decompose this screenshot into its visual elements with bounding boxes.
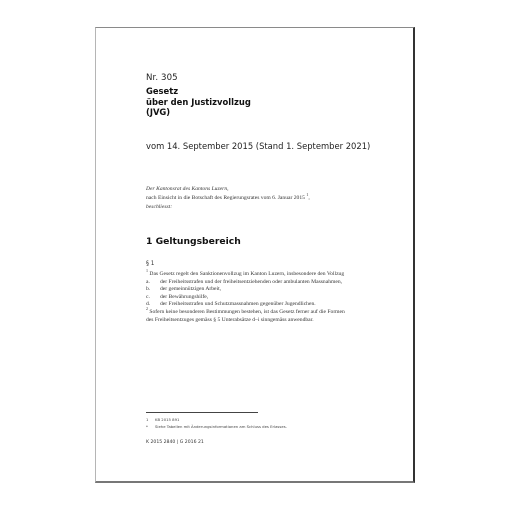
footnote-divider bbox=[146, 412, 258, 413]
subsection-1: 1 Das Gesetz regelt den Sanktionenvollzu… bbox=[146, 271, 345, 279]
list-label: a. bbox=[146, 279, 160, 287]
subsection-text: Das Gesetz regelt den Sanktionenvollzug … bbox=[148, 271, 344, 277]
list-text: der Freiheitsstrafen und der freiheitsen… bbox=[160, 279, 342, 287]
preamble-authority: Der Kantonsrat des Kantons Luzern, bbox=[146, 185, 310, 194]
preamble-reference: nach Einsicht in die Botschaft des Regie… bbox=[146, 194, 310, 203]
list-item: b.der gemeinnützigen Arbeit, bbox=[146, 286, 345, 294]
footnote-text: Siehe Tabellen mit Änderungsinformatione… bbox=[155, 424, 287, 429]
list-label: c. bbox=[146, 294, 160, 302]
list-label: d. bbox=[146, 301, 160, 309]
footnote-number: * bbox=[146, 424, 155, 431]
footnote-text: KB 2015 891 bbox=[155, 417, 179, 422]
list-text: der Freiheitsstrafen und Schutzmassnahme… bbox=[160, 301, 316, 309]
subsection-text: Sofern keine besonderen Bestimmungen bes… bbox=[148, 309, 345, 315]
publication-reference: K 2015 2840 | G 2016 21 bbox=[146, 440, 204, 445]
date-line: vom 14. September 2015 (Stand 1. Septemb… bbox=[146, 141, 370, 151]
chapter-heading: 1 Geltungsbereich bbox=[146, 236, 241, 247]
title-line: über den Justizvollzug bbox=[146, 97, 251, 108]
preamble: Der Kantonsrat des Kantons Luzern, nach … bbox=[146, 185, 310, 211]
footnote-number: 1 bbox=[146, 417, 155, 424]
law-title: Gesetz über den Justizvollzug (JVG) bbox=[146, 86, 251, 118]
subsection-2: 2 Sofern keine besonderen Bestimmungen b… bbox=[146, 309, 345, 317]
law-number: Nr. 305 bbox=[146, 73, 178, 83]
preamble-text: nach Einsicht in die Botschaft des Regie… bbox=[146, 195, 305, 201]
title-line: (JVG) bbox=[146, 107, 251, 118]
section-body: 1 Das Gesetz regelt den Sanktionenvollzu… bbox=[146, 271, 345, 324]
document-page: Nr. 305 Gesetz über den Justizvollzug (J… bbox=[95, 27, 415, 483]
list-item: d.der Freiheitsstrafen und Schutzmassnah… bbox=[146, 301, 345, 309]
list-item: a.der Freiheitsstrafen und der freiheits… bbox=[146, 279, 345, 287]
subsection-2-cont: des Freiheitsentzuges gemäss § 5 Unterab… bbox=[146, 317, 345, 325]
list-label: b. bbox=[146, 286, 160, 294]
paragraph-mark: § 1 bbox=[146, 261, 154, 267]
footnote: *Siehe Tabellen mit Änderungsinformation… bbox=[146, 424, 287, 431]
footnotes: 1KB 2015 891 *Siehe Tabellen mit Änderun… bbox=[146, 417, 287, 430]
list-text: der gemeinnützigen Arbeit, bbox=[160, 286, 221, 294]
title-line: Gesetz bbox=[146, 86, 251, 97]
footnote: 1KB 2015 891 bbox=[146, 417, 287, 424]
preamble-resolves: beschliesst: bbox=[146, 203, 310, 212]
preamble-punct: , bbox=[308, 195, 309, 201]
